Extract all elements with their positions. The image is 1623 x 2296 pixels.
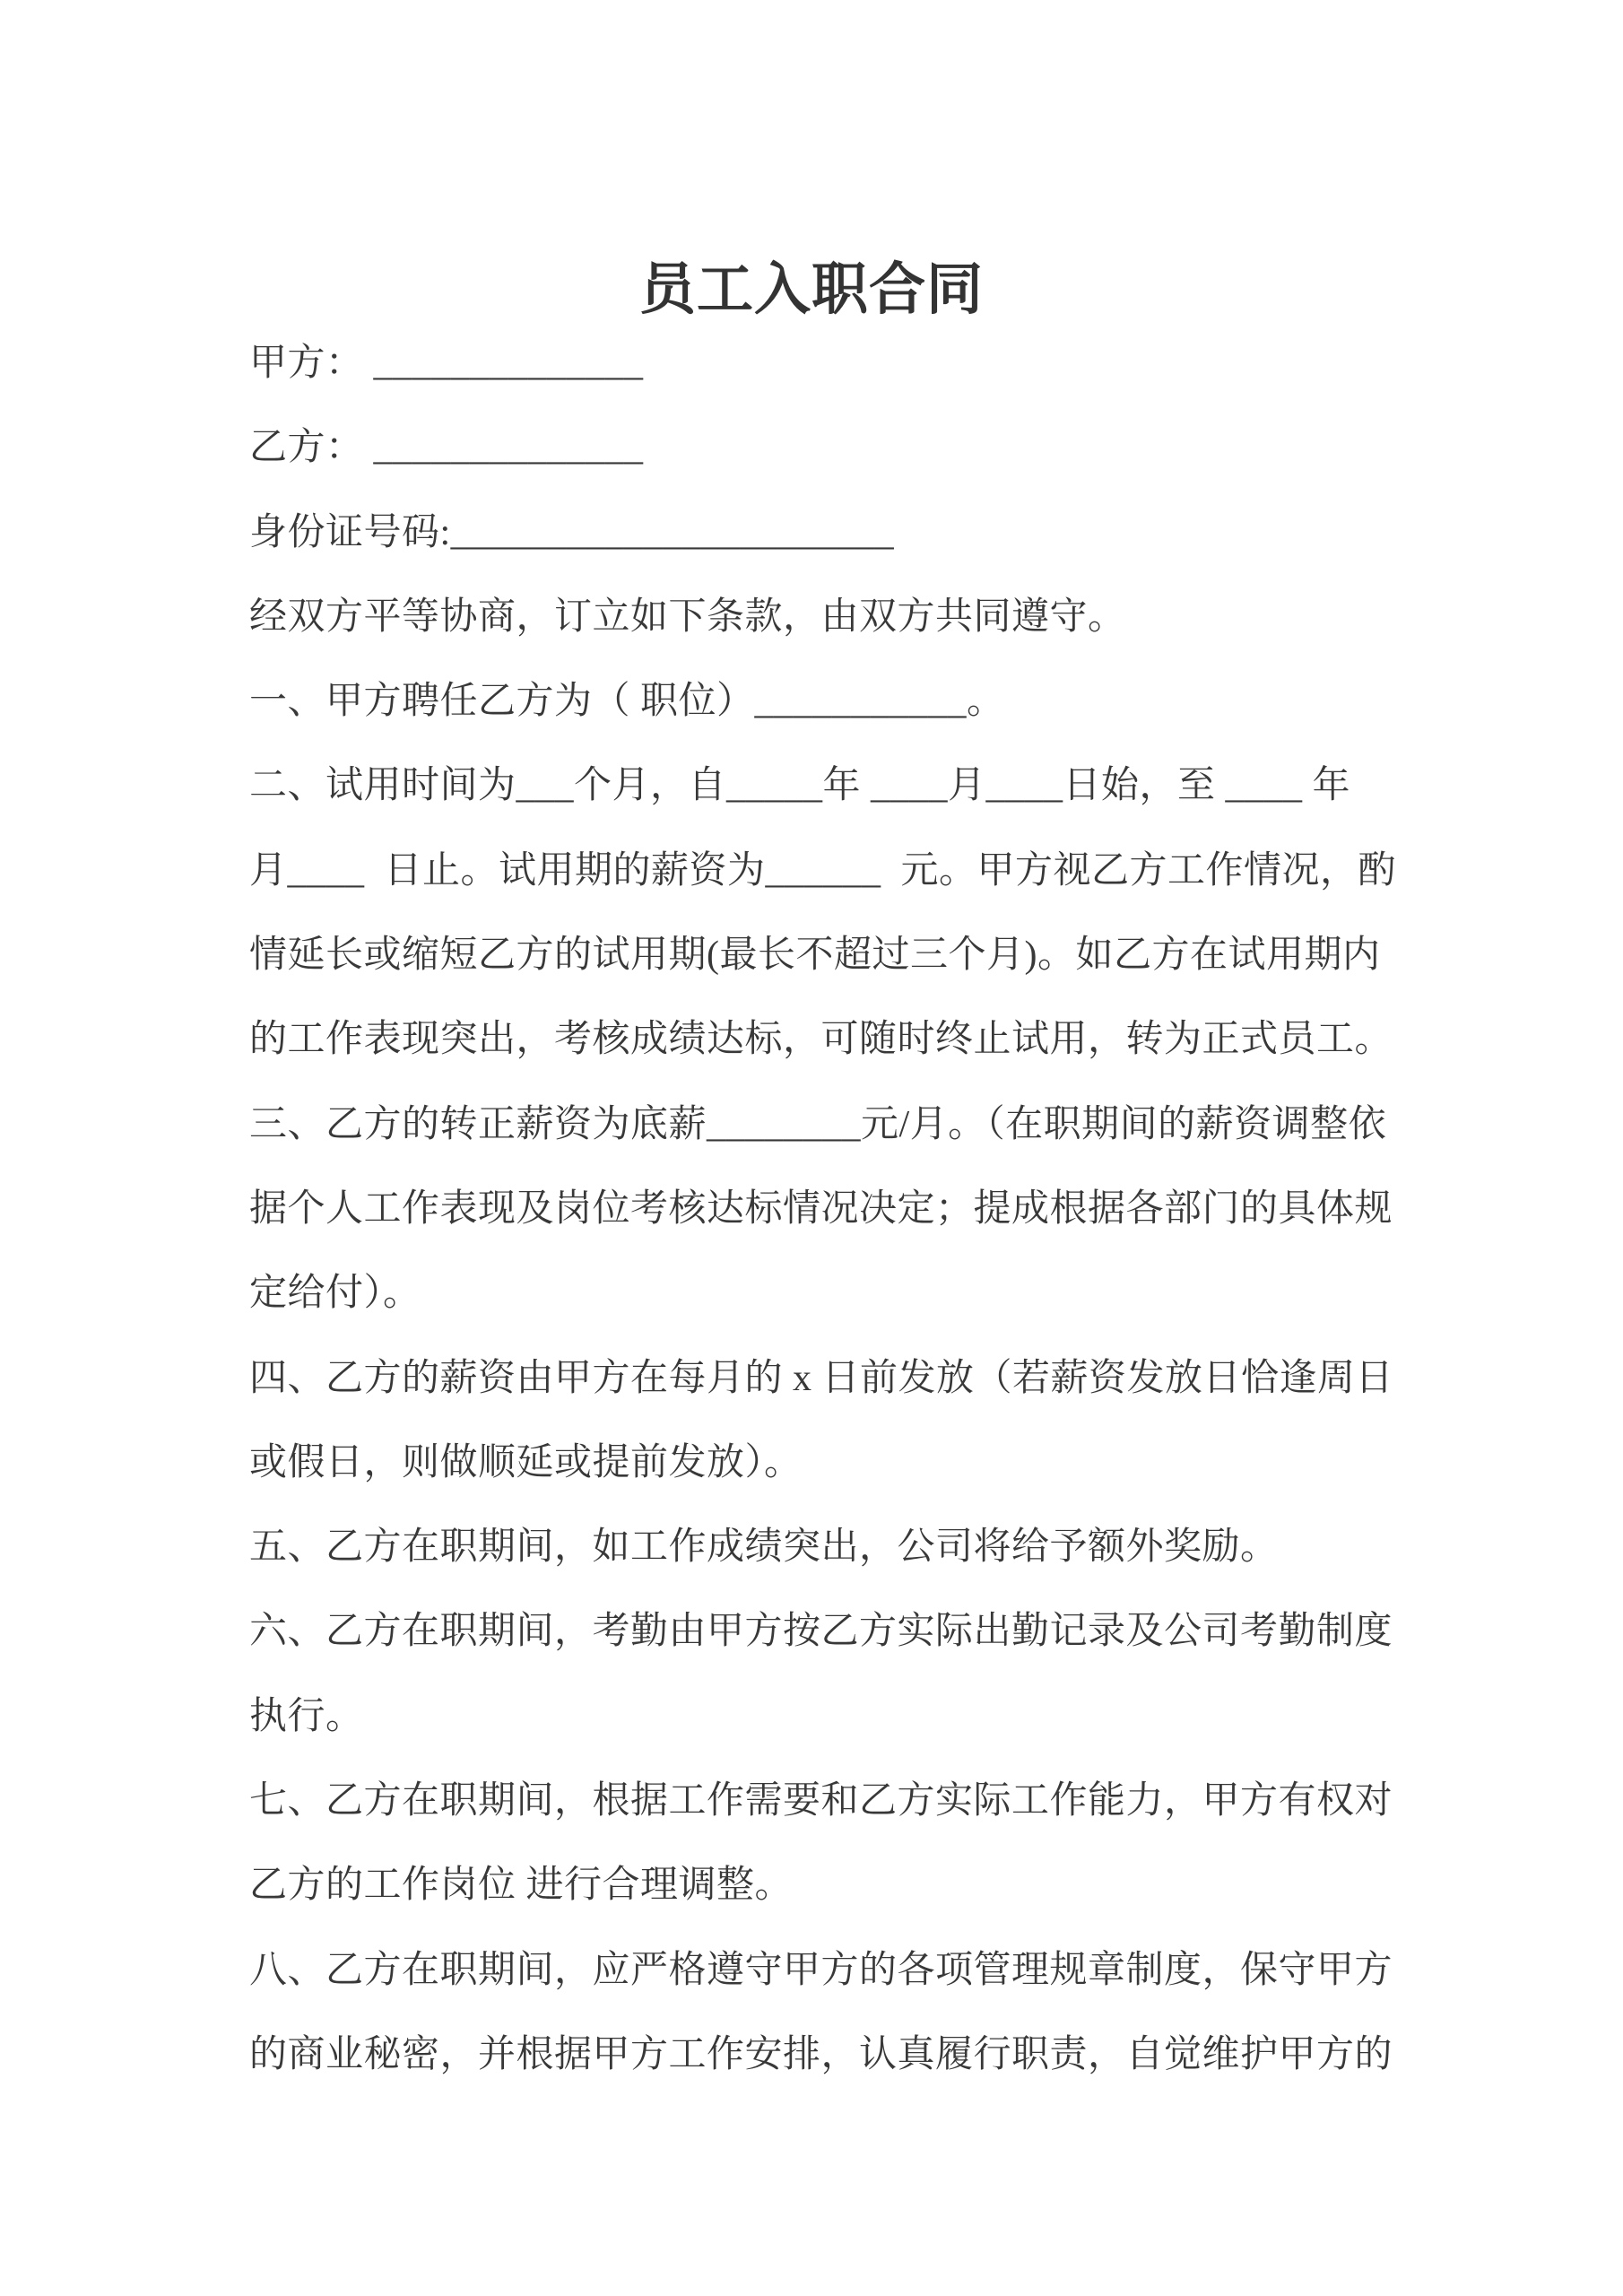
- clause-6-line-2: 执行。: [249, 1674, 1415, 1759]
- clause-2-line-4: 的工作表现突出，考核成绩达标，可随时终止试用，转为正式员工。: [249, 997, 1415, 1082]
- clause-3-line-2: 据个人工作表现及岗位考核达标情况决定；提成根据各部门的具体规: [249, 1167, 1415, 1251]
- document-title: 员工入职合同: [0, 244, 1623, 326]
- clause-2-line-2: 月____ 日止。试用期的薪资为______ 元。甲方视乙方工作情况，酌: [249, 829, 1415, 913]
- clause-8-line-1: 八、乙方在职期间，应严格遵守甲方的各项管理规章制度，保守甲方: [249, 1928, 1415, 2013]
- field-line-party-b: 乙方： ______________: [249, 405, 1415, 490]
- clause-6-line-1: 六、乙方在职期间，考勤由甲方按乙方实际出勤记录及公司考勤制度: [249, 1589, 1415, 1674]
- field-line-party-a: 甲方： ______________: [249, 321, 1415, 405]
- intro-line: 经双方平等协商，订立如下条款，由双方共同遵守。: [249, 575, 1415, 659]
- clause-2-line-1: 二、试用时间为___个月，自_____年 ____月____日始，至 ____ …: [249, 744, 1415, 828]
- clause-1-line: 一、甲方聘任乙方为（ 职位）___________。: [249, 659, 1415, 744]
- clause-2-line-3: 情延长或缩短乙方的试用期(最长不超过三个月)。如乙方在试用期内: [249, 913, 1415, 997]
- clause-4-line-1: 四、乙方的薪资由甲方在每月的 x 日前发放（若薪资发放日恰逢周日: [249, 1336, 1415, 1421]
- clause-7-line-2: 乙方的工作岗位 进行合理调整。: [249, 1843, 1415, 1927]
- contract-page: 员工入职合同 甲方： ______________ 乙方： __________…: [0, 0, 1623, 2296]
- contract-body: 甲方： ______________ 乙方： ______________ 身份…: [249, 321, 1415, 2097]
- clause-5-line: 五、乙方在职期间，如工作成绩突出，公司将给予额外奖励。: [249, 1505, 1415, 1589]
- field-line-id-number: 身份证号码:_______________________: [249, 491, 1415, 575]
- clause-3-line-3: 定给付）。: [249, 1251, 1415, 1335]
- clause-3-line-1: 三、乙方的转正薪资为底薪________元/月。（在职期间的薪资调整依: [249, 1083, 1415, 1167]
- clause-8-line-2: 的商业秘密，并根据甲方工作安排，认真履行职责，自觉维护甲方的: [249, 2013, 1415, 2097]
- clause-4-line-2: 或假日，则做顺延或提前发放）。: [249, 1421, 1415, 1505]
- clause-7-line-1: 七、乙方在职期间，根据工作需要和乙方实际工作能力，甲方有权对: [249, 1759, 1415, 1843]
